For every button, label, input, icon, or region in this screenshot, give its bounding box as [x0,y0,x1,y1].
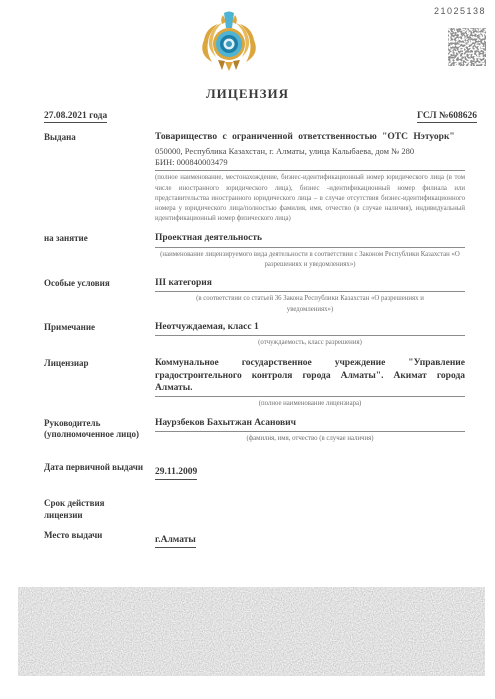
noise-barcode-block [18,587,485,675]
field-caption: (отчуждаемость, класс разрешения) [155,338,465,348]
address-line: 050000, Республика Казахстан, г. Алматы,… [155,146,465,157]
field-validity: Срок действия лицензии [0,497,495,521]
field-head: Руководитель (уполномоченное лицо) Наурз… [0,417,495,445]
field-label: Примечание [44,321,155,349]
field-rule [155,170,465,171]
kazakhstan-coat-of-arms-icon [196,10,262,73]
page-title: ЛИЦЕНЗИЯ [0,86,495,102]
place-of-issue-value: г.Алматы [155,534,196,548]
field-caption: (полное наименование лицензиара) [155,399,465,409]
barcode-strip [18,587,485,676]
field-rows: Выдана Товарищество с ограниченной ответ… [0,131,495,548]
field-label: Место выдачи [44,529,155,548]
activity-value: Проектная деятельность [155,232,465,247]
field-caption: (наименование лицензируемого вида деятел… [160,250,460,270]
field-label: Выдана [44,131,155,224]
document-serial-number: 21025138 [434,6,486,16]
field-label: Особые условия [44,277,155,315]
first-issue-date-value: 29.11.2009 [155,466,197,480]
field-activity: на занятие Проектная деятельность (наиме… [0,232,495,270]
head-value: Наурзбеков Бахытжан Асанович [155,417,465,432]
issue-date: 27.08.2021 года [44,111,107,123]
document-body: ЛИЦЕНЗИЯ 27.08.2021 года ГСЛ №608626 Выд… [0,86,495,548]
field-licensor: Лицензиар Коммунальное государственное у… [0,357,495,409]
licensee-name: Товарищество с ограниченной ответственно… [155,131,465,143]
license-document-page: { "document": { "serial_number": "210251… [0,0,495,699]
field-special-conditions: Особые условия III категория (в соответс… [0,277,495,315]
field-place-of-issue: Место выдачи г.Алматы [0,529,495,548]
field-note: Примечание Неотчуждаемая, класс 1 (отчуж… [0,321,495,349]
licensee-address: 050000, Республика Казахстан, г. Алматы,… [155,146,465,168]
field-label: на занятие [44,232,155,270]
datamatrix-code-icon [447,27,487,67]
license-number: ГСЛ №608626 [417,111,477,123]
bin-line: БИН: 000840003479 [155,157,465,168]
field-label: Руководитель (уполномоченное лицо) [44,417,155,445]
licensor-value: Коммунальное государственное учреждение … [155,357,465,397]
field-label: Дата первичной выдачи [44,461,155,480]
special-conditions-value: III категория [155,277,465,292]
field-caption: (фамилия, имя, отчество (в случае наличи… [155,434,465,444]
field-issued-to: Выдана Товарищество с ограниченной ответ… [0,131,495,224]
date-and-number-row: 27.08.2021 года ГСЛ №608626 [44,111,477,123]
field-label: Срок действия лицензии [44,497,155,521]
field-first-issue-date: Дата первичной выдачи 29.11.2009 [0,461,495,480]
field-caption: (в соответствии со статьей 36 Закона Рес… [178,294,443,314]
field-caption: (полное наименование, местонахождение, б… [155,173,465,224]
field-label: Лицензиар [44,357,155,409]
note-value: Неотчуждаемая, класс 1 [155,321,465,336]
